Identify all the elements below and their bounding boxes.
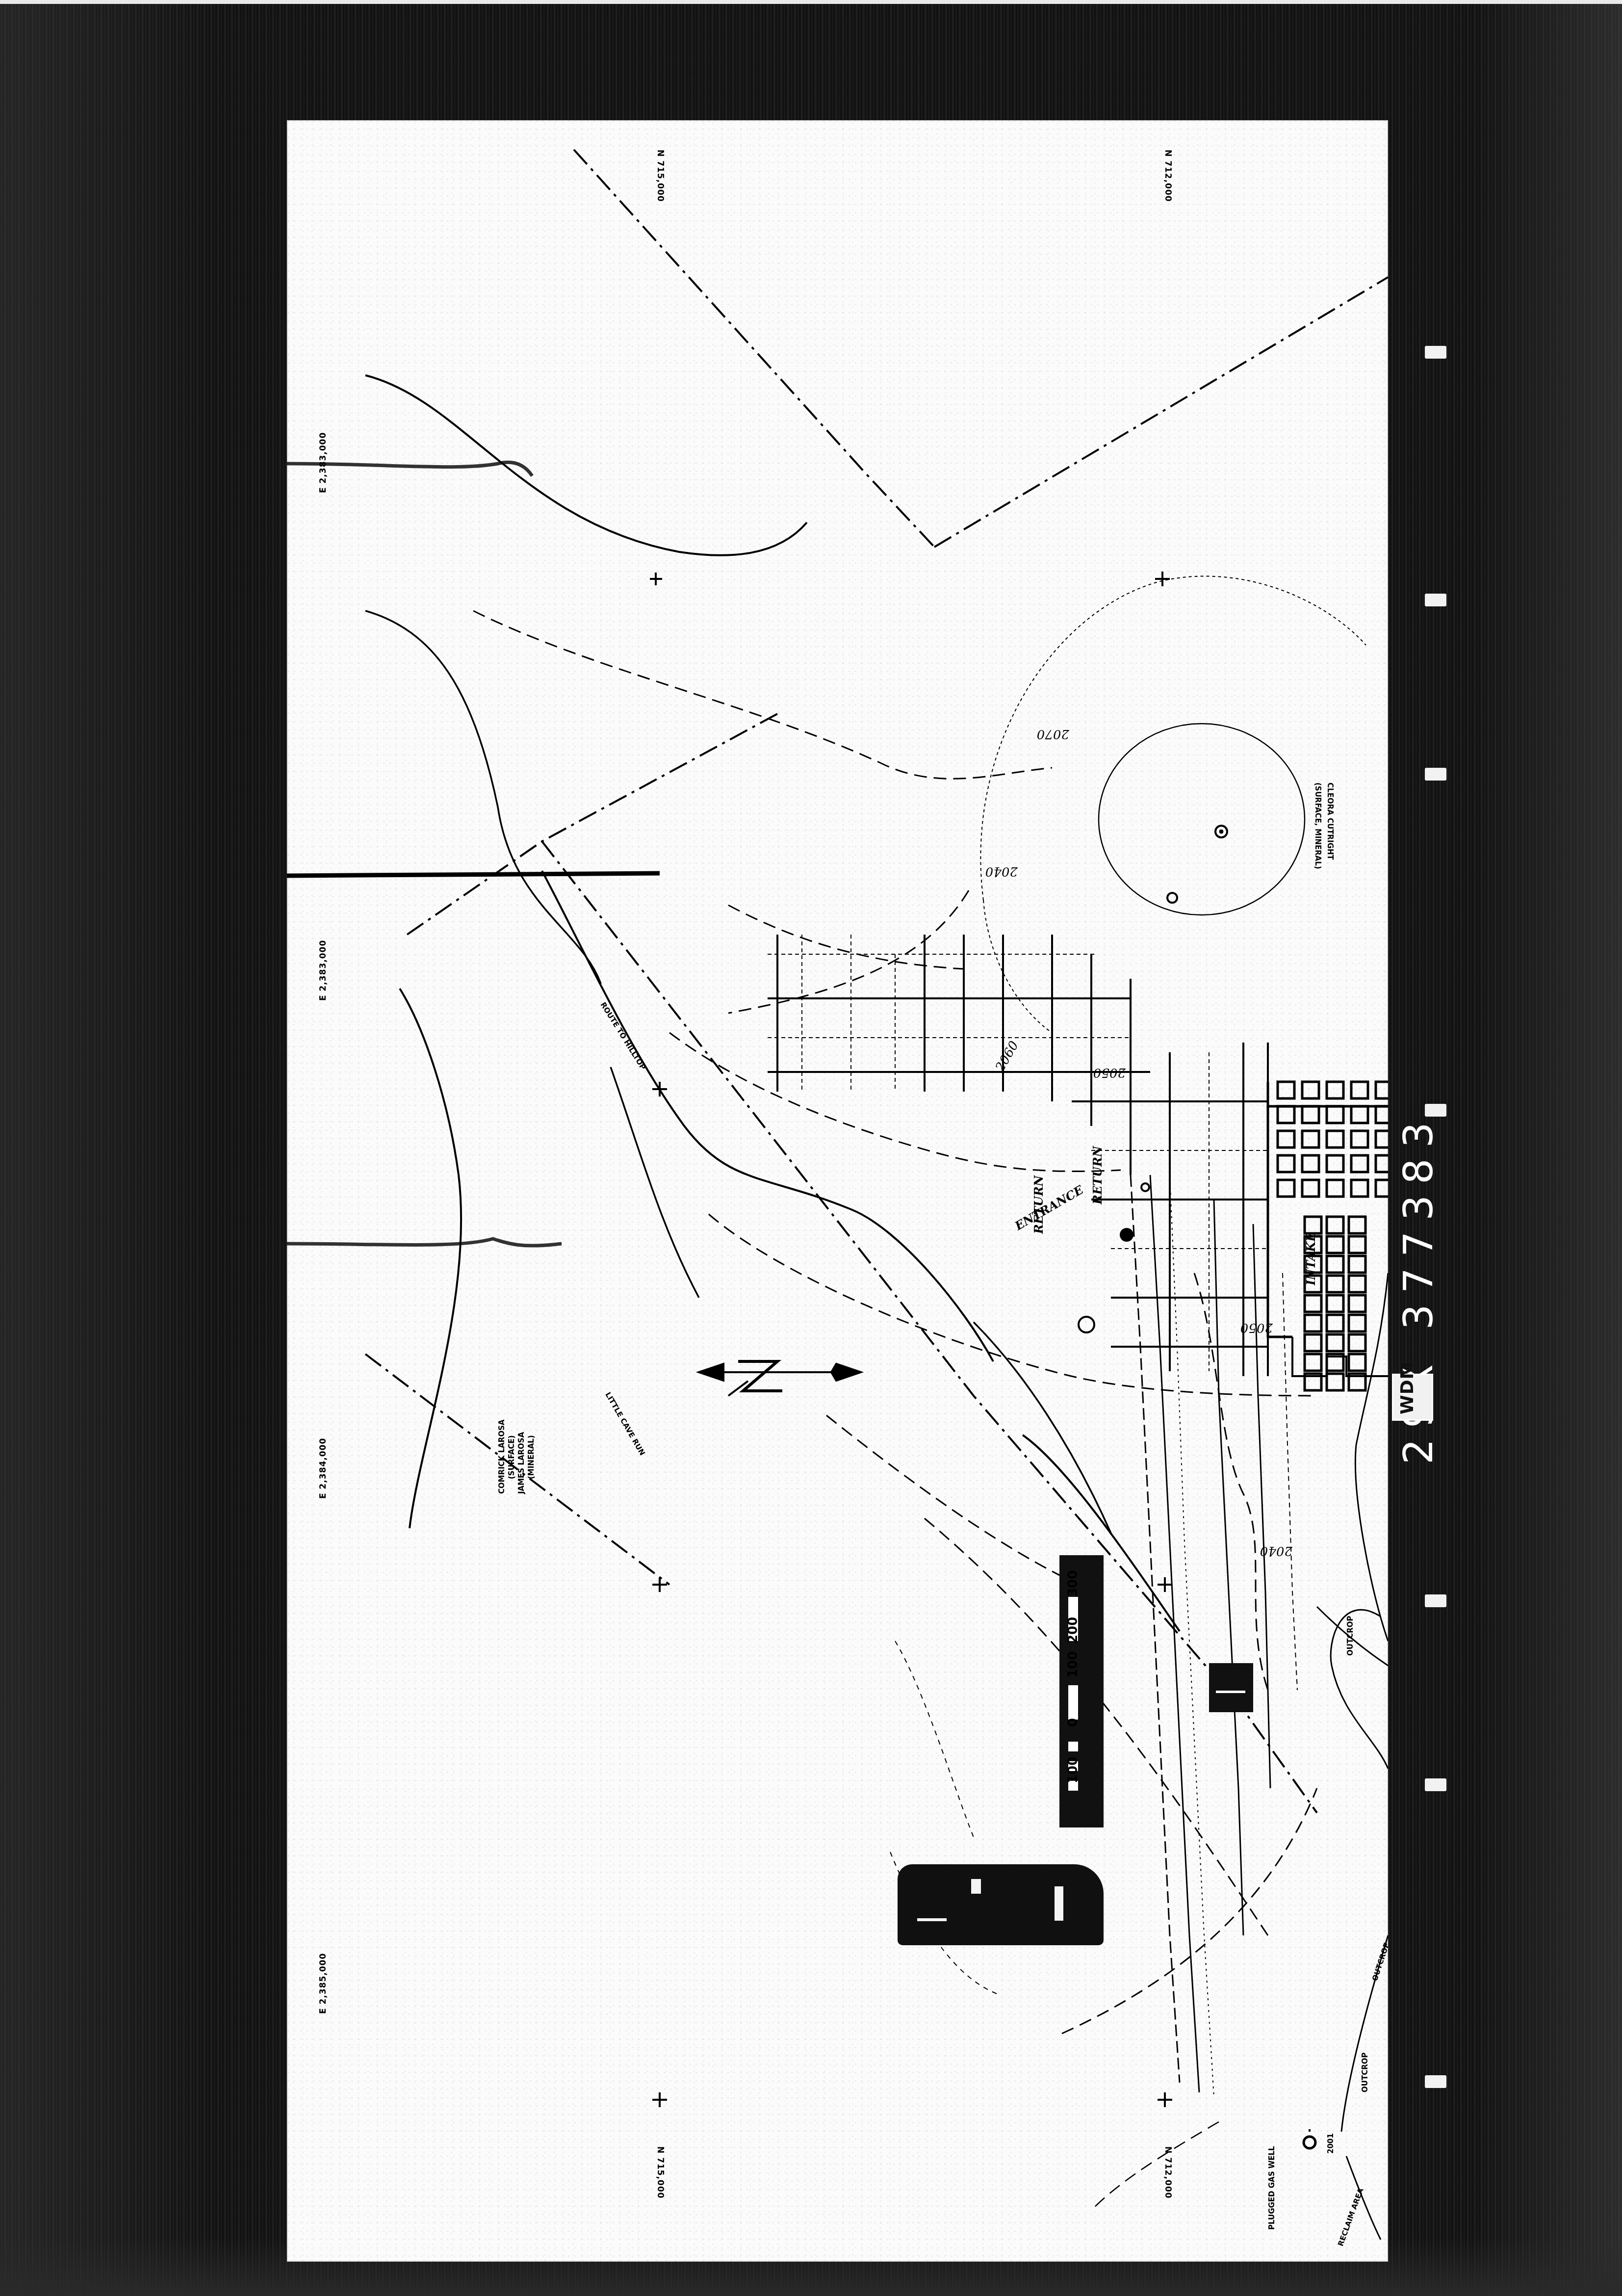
easting-label: E 2,384,000	[319, 1438, 328, 1499]
pillar	[1302, 1106, 1319, 1123]
owner-label: (SURFACE, MINERAL)	[1314, 783, 1322, 869]
pillar	[1305, 1354, 1321, 1371]
film-stamp-text: WDM	[1397, 1361, 1417, 1414]
well-symbol	[1079, 1317, 1094, 1332]
film-margin-left	[0, 0, 275, 2296]
title-block-drawing	[898, 1864, 1104, 1945]
sprocket-mark	[1425, 2075, 1446, 2088]
outcrop-label: OUTCROP	[1361, 2053, 1369, 2092]
contour-label: 2040	[1260, 1543, 1292, 1558]
pillar	[1349, 1334, 1365, 1351]
sprocket-mark	[1425, 768, 1446, 781]
well-symbol	[1141, 1183, 1149, 1191]
legend-symbol-box	[1209, 1663, 1253, 1712]
pillar	[1351, 1131, 1368, 1148]
pillar	[1376, 1155, 1388, 1172]
scale-segment	[1068, 1685, 1078, 1720]
pillar	[1302, 1180, 1319, 1197]
easting-label: E 2,383,000	[319, 940, 328, 1001]
pillar	[1327, 1217, 1343, 1233]
contour-label: 2040	[985, 864, 1018, 878]
owner-label: CLEORA CUTRIGHT	[1326, 783, 1335, 860]
pillar	[1327, 1236, 1343, 1253]
pillar	[1349, 1236, 1365, 1253]
pillar	[1351, 1180, 1368, 1197]
contour-label: 2050	[1093, 1065, 1126, 1079]
fold-line	[287, 873, 660, 876]
mine-pillars	[1278, 1082, 1388, 1390]
plugged-well-number: 2001	[1327, 2133, 1335, 2154]
return-label: RETURN	[1091, 1146, 1104, 1204]
mine-workings-grid	[768, 935, 1268, 1376]
pillar	[1302, 1155, 1319, 1172]
pillar	[1278, 1180, 1294, 1197]
pillar	[1305, 1217, 1321, 1233]
easting-label: E 2,383,000	[319, 432, 328, 493]
map-sheet: 100 0 100 200 300 N 715,000 N 712,000 N …	[287, 120, 1388, 2262]
pillar	[1327, 1276, 1343, 1292]
pillar	[1327, 1155, 1343, 1172]
contour-label: 2050	[1240, 1320, 1273, 1334]
pillar	[1351, 1155, 1368, 1172]
northing-label: N 712,000	[1163, 2146, 1172, 2199]
pillar	[1327, 1106, 1343, 1123]
owner-label: COMRICK LAROSA	[498, 1419, 506, 1494]
pillar	[1327, 1315, 1343, 1331]
scale-tick-label: 100	[1066, 1757, 1081, 1783]
plugged-gas-well-symbol	[1304, 2129, 1315, 2148]
pillar	[1278, 1082, 1294, 1098]
owner-label: (SURFACE)	[508, 1435, 516, 1479]
contour-label: 2070	[1037, 727, 1069, 741]
pillar	[1349, 1217, 1365, 1233]
northing-label: N 712,000	[1163, 150, 1172, 202]
pillar	[1327, 1256, 1343, 1273]
pillar	[1327, 1180, 1343, 1197]
pillar	[1327, 1295, 1343, 1312]
pillar	[1278, 1106, 1294, 1123]
sprocket-mark	[1425, 1594, 1446, 1607]
scale-segment	[1068, 1742, 1078, 1751]
film-top-edge	[0, 0, 1622, 4]
pillar	[1349, 1315, 1365, 1331]
northing-label: N 715,000	[655, 2146, 665, 2199]
film-margin-right	[1436, 0, 1622, 2296]
pillar	[1376, 1131, 1388, 1148]
sprocket-mark	[1425, 1778, 1446, 1791]
pillar	[1305, 1295, 1321, 1312]
easting-label: E 2,385,000	[319, 1953, 328, 2014]
pillar	[1351, 1082, 1368, 1098]
pillar	[1351, 1106, 1368, 1123]
pillar	[1349, 1276, 1365, 1292]
scale-tick-label: 0	[1066, 1718, 1081, 1727]
well-symbol	[1120, 1228, 1133, 1242]
scale-tick-label: 100	[1066, 1651, 1081, 1678]
pillar	[1302, 1082, 1319, 1098]
map-drawing	[287, 120, 1388, 2262]
sprocket-mark	[1425, 346, 1446, 359]
scale-tick-label: 200	[1066, 1617, 1081, 1644]
owner-label: JAMES LAROSA	[517, 1432, 526, 1494]
pillar	[1327, 1374, 1343, 1390]
pillar	[1305, 1334, 1321, 1351]
pillar	[1349, 1354, 1365, 1371]
pillar	[1305, 1315, 1321, 1331]
pillar	[1302, 1131, 1319, 1148]
pillar	[1349, 1256, 1365, 1273]
pillar	[1376, 1180, 1388, 1197]
north-arrow	[699, 1361, 861, 1396]
sprocket-mark	[1425, 594, 1446, 606]
pillar	[1349, 1295, 1365, 1312]
film-stamp: WDM	[1392, 1374, 1433, 1421]
pillar	[1327, 1082, 1343, 1098]
intake-label: INTAKE	[1305, 1233, 1317, 1285]
pillar	[1376, 1082, 1388, 1098]
pillar	[1327, 1131, 1343, 1148]
northing-label: N 715,000	[655, 150, 665, 202]
plugged-well-label: PLUGGED GAS WELL	[1268, 2146, 1276, 2230]
pillar	[1327, 1334, 1343, 1351]
pillar	[1278, 1131, 1294, 1148]
scale-tick-label: 300	[1066, 1570, 1081, 1597]
owner-label: (MINERAL)	[527, 1435, 536, 1479]
pillar	[1278, 1155, 1294, 1172]
outcrop-label: OUTCROP	[1346, 1616, 1355, 1656]
pillar	[1376, 1106, 1388, 1123]
